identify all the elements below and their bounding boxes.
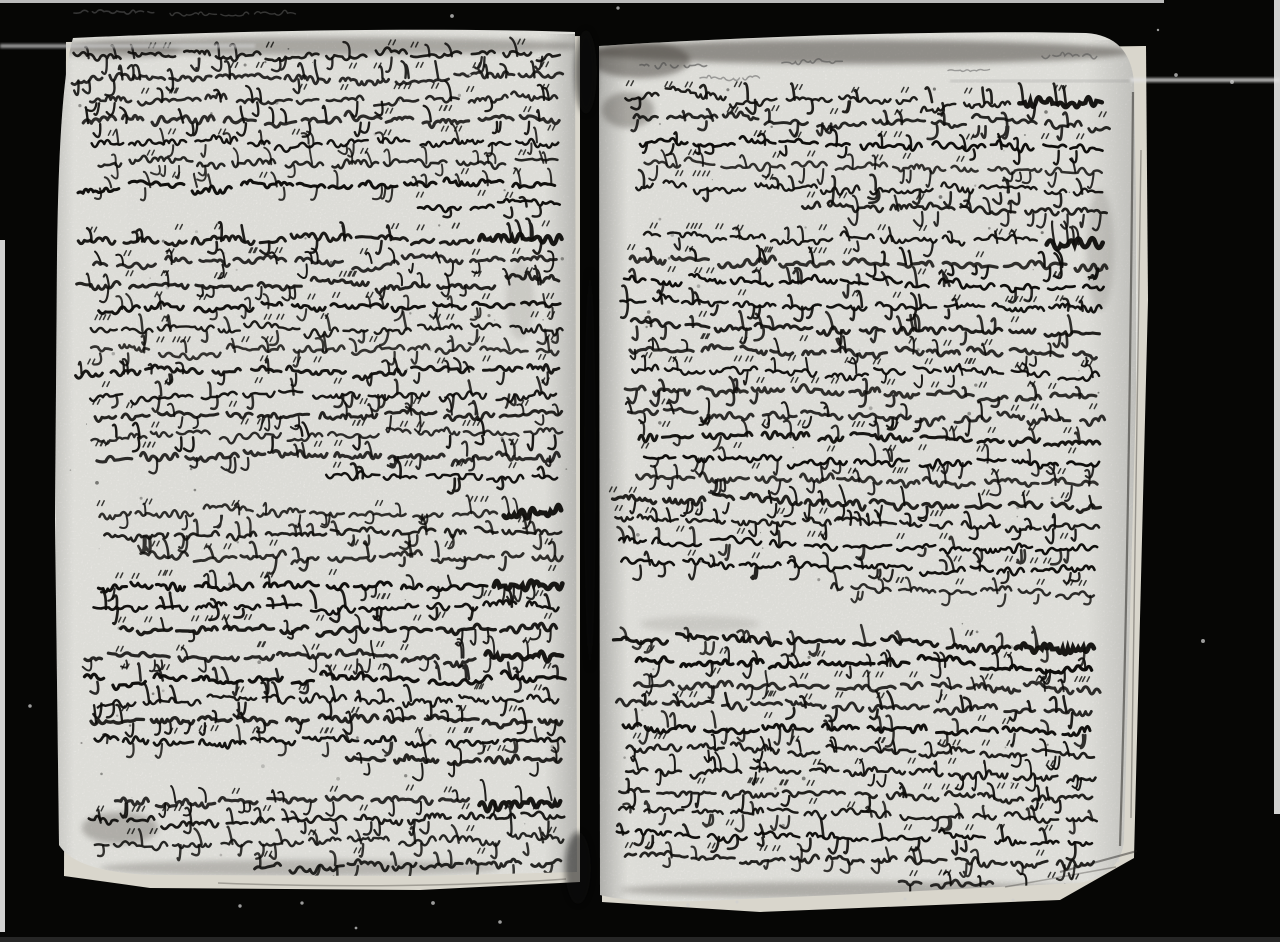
right-frame-line: [1274, 0, 1280, 814]
dust-speck: [238, 904, 241, 907]
dust-speck: [1157, 29, 1159, 31]
dust-speck: [469, 74, 472, 77]
dust-speck: [1201, 639, 1205, 643]
dust-speck: [1116, 859, 1119, 862]
left-page: [54, 27, 580, 890]
right-page-surface: [590, 28, 1148, 906]
dust-speck: [1230, 80, 1234, 84]
left-frame-line: [0, 240, 5, 932]
dust-speck: [300, 901, 303, 904]
dust-speck: [1174, 73, 1178, 77]
dust-speck: [450, 14, 454, 18]
top-frame-line: [0, 0, 1164, 3]
scratch-streak: [0, 44, 255, 48]
dust-speck: [1012, 899, 1015, 902]
left-page-surface: [54, 27, 580, 883]
dust-speck: [28, 704, 32, 708]
bottom-frame-shade: [0, 937, 1280, 942]
dust-speck: [616, 6, 619, 9]
dust-speck: [903, 897, 906, 900]
dust-speck: [736, 901, 739, 904]
scratch-streak: [950, 80, 1130, 82]
dust-speck: [146, 418, 148, 420]
scan-canvas: [0, 0, 1280, 942]
dust-speck: [431, 901, 435, 905]
right-page: [590, 28, 1148, 912]
dust-speck: [355, 927, 358, 930]
dust-speck: [498, 920, 502, 924]
dust-speck: [119, 119, 122, 122]
dust-speck: [686, 903, 690, 907]
scratch-streak: [1130, 78, 1280, 82]
scanned-book-photo: Scanned two-page opening of a handwritte…: [0, 0, 1280, 942]
